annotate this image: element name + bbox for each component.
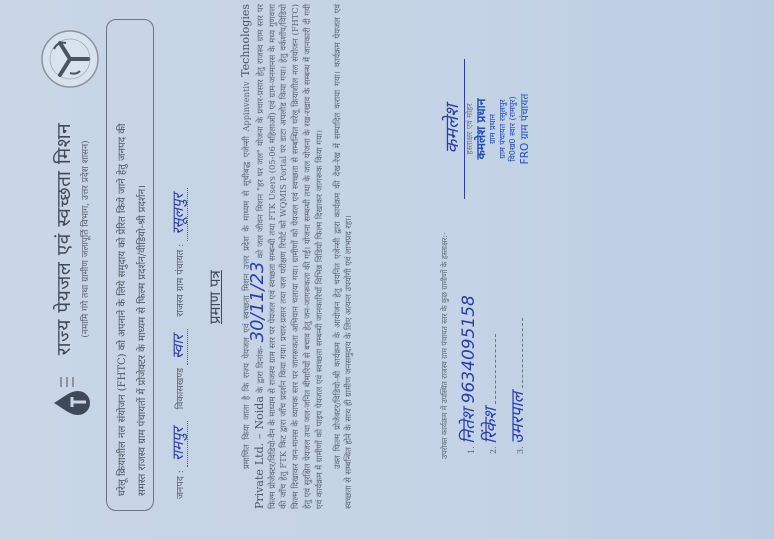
- witness-intro: उपरोक्त कार्यक्रम में उपस्थित राजस्व ग्र…: [440, 232, 450, 459]
- stamp-line-2: ग्राम पंचायत रसूलपुर: [498, 59, 508, 199]
- dotted-line: [495, 334, 496, 404]
- department-subtitle: (नमामि गंगे तथा ग्रामीण जलापूर्ति विभाग,…: [78, 79, 91, 399]
- certificate-heading: प्रमाण पत्र: [205, 270, 225, 324]
- body-paragraph-1: प्रमाणित किया जाता है कि राज्य पेयजल एवं…: [240, 4, 326, 509]
- gram-panchayat-value: रसूलपुर: [169, 188, 188, 241]
- stamp-name: कमलेश प्रधान: [475, 59, 488, 199]
- certificate-document: राज्य पेयजल एवं स्वच्छता मिशन (नमामि गंग…: [0, 0, 774, 539]
- officer-signature-block: कमलेश हस्ताक्षर एवं मोहर कमलेश प्रधान ग्…: [440, 59, 532, 199]
- dotted-line: [522, 318, 523, 388]
- witness-signature: नितेश 9634095158: [459, 295, 479, 444]
- date-prefix: के द्वारा दिनांक-: [255, 345, 265, 393]
- witness-number: 2.: [489, 446, 498, 454]
- event-date: 30/11/23: [247, 262, 268, 343]
- district-value: रामपुर: [169, 421, 188, 467]
- location-fields: जनपद : रामपुर विकासखण्ड स्वार राजस्व ग्र…: [168, 188, 188, 499]
- officer-signature: कमलेश: [440, 59, 465, 199]
- mission-title: राज्य पेयजल एवं स्वच्छता मिशन: [50, 79, 76, 399]
- stamp-line-1: ग्राम प्रधान: [488, 59, 498, 199]
- witness-1: 1. नितेश 9634095158: [456, 295, 479, 454]
- witness-number: 1.: [467, 446, 476, 454]
- district-label: जनपद :: [175, 470, 186, 499]
- subject-box: घरेलू क्रियाशील नल संयोजन (FHTC) को अपना…: [106, 19, 154, 511]
- subject-line-2: समस्त राजस्व ग्राम पंचायतों में प्रोजेक्…: [134, 185, 148, 496]
- stamp-line-3: वि0ख0 स्वार (रामपुर): [508, 59, 518, 199]
- gram-panchayat-label: राजस्व ग्राम पंचायत :: [175, 244, 186, 317]
- block-value: स्वार: [169, 329, 188, 365]
- witness-2: 2. रिंकेश: [478, 334, 501, 454]
- subject-line-1: घरेलू क्रियाशील नल संयोजन (FHTC) को अपना…: [114, 124, 128, 496]
- block-label: विकासखण्ड: [175, 368, 186, 409]
- officer-designation: FRO ग्राम पंचायत: [518, 59, 532, 199]
- witness-number: 3.: [516, 446, 525, 454]
- body-paragraph-2: उक्त फिल्म प्रोजेक्टर/विडियो-श्री कार्यक…: [332, 4, 356, 509]
- certificate-body: प्रमाणित किया जाता है कि राज्य पेयजल एवं…: [240, 4, 355, 509]
- witness-signature: रिंकेश: [481, 408, 501, 444]
- witness-3: 3. उमरपाल: [505, 318, 528, 454]
- witness-signature: उमरपाल: [508, 392, 528, 444]
